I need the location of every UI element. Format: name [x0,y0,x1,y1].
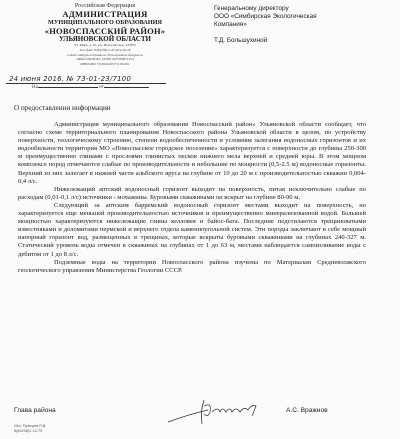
addressee-name: Т.Д. Большухиной [214,37,394,45]
letterhead-municipal: МУНИЦИПАЛЬНОГО ОБРАЗОВАНИЯ [20,20,190,26]
addressee-position: Генеральному директору [214,5,394,13]
signatory-name: А.С. Вражнов [286,407,328,414]
letterhead-inn: ИНН/КПП 7313001463/731301001 [20,63,190,67]
executor-phone: 8(84238)2-12-79 [14,429,46,434]
letterhead-rayon: «НОВОСПАССКИЙ РАЙОН» [20,27,190,36]
reference-line: На от [6,85,166,90]
signature-icon [160,392,280,432]
addressee-company: ООО «Симбирская Экологическая [214,13,394,21]
outgoing-date-number: 24 июня 2016. № 73-01-23/7100 [6,75,166,84]
letterhead-phone: Тел./факс 8 (84238) 2-20-20/2-20-20 [20,49,190,53]
letterhead-oblast: УЛЬЯНОВСКОЙ ОБЛАСТИ [20,36,190,43]
outgoing-number-block: 24 июня 2016. № 73-01-23/7100 На от [6,75,166,90]
letterhead-administration: АДМИНИСТРАЦИЯ [20,10,190,19]
body-paragraph: Нижележащий аптский водоносный горизонт … [18,186,366,202]
executor-name: Исп. Пузырев Л.В. [14,424,46,429]
letter-body: Администрация муниципального образования… [18,121,366,275]
letter-subject: О предоставлении информации [14,104,111,112]
addressee-company-cont: Компания» [214,21,394,29]
body-paragraph: Администрация муниципального образования… [18,121,366,186]
letter-page: Российская Федерация АДМИНИСТРАЦИЯ МУНИЦ… [0,0,400,439]
signatory-title: Глава района [14,407,56,414]
body-paragraph: Следующий за аптским барремский водоносн… [18,202,366,259]
body-paragraph: Подземные воды на территории Новоспасско… [18,259,366,275]
addressee-block: Генеральному директору ООО «Симбирская Э… [214,5,394,45]
letterhead: Российская Федерация АДМИНИСТРАЦИЯ МУНИЦ… [20,3,190,66]
executor-block: Исп. Пузырев Л.В. 8(84238)2-12-79 [14,424,46,433]
